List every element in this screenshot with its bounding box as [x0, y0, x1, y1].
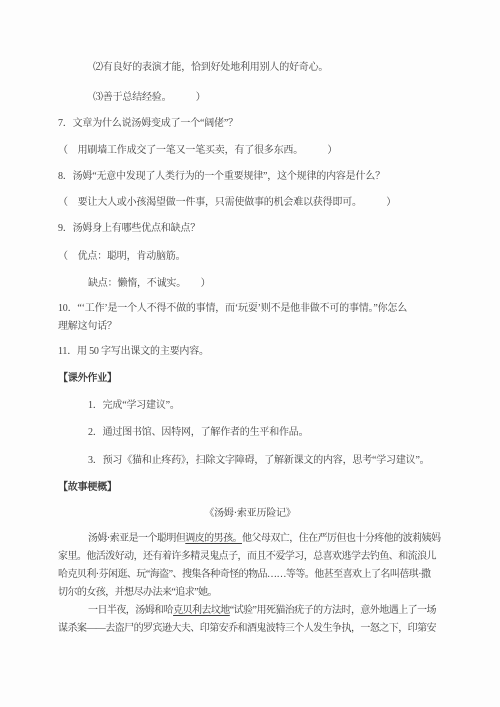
question-line: 7．文章为什么说汤姆变成了一个“阔佬”？ — [58, 117, 238, 131]
question-line: 10．“‘工作’是一个人不得不做的事情，而‘玩耍’则不是他非做不可的事情。”你怎… — [58, 302, 407, 316]
text-segment: 1．完成“学习建议”。 — [88, 400, 180, 411]
section-heading: 【课外作业】 — [58, 372, 117, 386]
question-line: 理解这句话？ — [58, 320, 117, 334]
text-segment: ⑵有良好的表演才能，恰到好处地利用别人的好奇心。 — [93, 62, 328, 73]
text-segment: 缺点：懒惰，不诚实。 ） — [88, 278, 210, 289]
text-segment: 汤姆·索亚是一个聪明但 — [88, 533, 185, 544]
question-line: 11．用 50 字写出课文的主要内容。 — [58, 345, 209, 359]
story-line: 谋杀案——去盗尸的罗宾逊大夫、印第安乔和酒鬼波特三个人发生争执，一怒之下，印第安 — [58, 622, 436, 636]
text-segment: 9．汤姆身上有哪些优点和缺点？ — [58, 223, 200, 234]
sub-answer-line: ⑶善于总结经验。 ） — [93, 91, 206, 105]
text-segment: 切尔的女孩，并想尽办法来“追求”她。 — [58, 587, 217, 598]
answer-line: 缺点：懒惰，不诚实。 ） — [88, 277, 210, 291]
text-segment: 【课外作业】 — [58, 373, 117, 384]
question-line: 9．汤姆身上有哪些优点和缺点？ — [58, 222, 200, 236]
homework-item: 2．通过图书馆、因特网，了解作者的生平和作品。 — [88, 426, 308, 440]
document-page: ⑵有良好的表演才能，恰到好处地利用别人的好奇心。⑶善于总结经验。 ）7．文章为什… — [0, 0, 500, 707]
question-line: 8．汤姆“无意中发现了人类行为的一个重要规律”，这个规律的内容是什么？ — [58, 170, 385, 184]
story-line: 一日半夜，汤姆和哈克贝利去坟地“试验”用死猫治疣子的方法时，意外地遇上了一场 — [88, 604, 436, 618]
text-segment: 理解这句话？ — [58, 321, 117, 332]
story-line: 切尔的女孩，并想尽办法来“追求”她。 — [58, 586, 217, 600]
section-heading: 【故事梗概】 — [58, 481, 117, 495]
homework-item: 3．预习《猫和止疼药》，扫除文字障碍，了解新课文的内容，思考“学习建议”。 — [88, 454, 429, 468]
text-segment: 他父母双亡，住在严厉但也十分疼他的波莉姨妈 — [242, 533, 440, 544]
text-segment: 11．用 50 字写出课文的主要内容。 — [58, 346, 209, 357]
text-segment: 家里。他活泼好动，还有着许多精灵鬼点子，而且不爱学习，总喜欢逃学去钓鱼、和流浪儿 — [58, 551, 436, 562]
text-segment: 哈克贝利·芬闲逛、玩“海盗”、搜集各种奇怪的物品……等等。他甚至喜欢上了名叫蓓琪… — [58, 569, 430, 580]
text-segment: 3．预习《猫和止疼药》，扫除文字障碍，了解新课文的内容，思考“学习建议”。 — [88, 455, 429, 466]
underlined-text: 调皮的男孩。 — [185, 533, 242, 544]
text-segment: 谋杀案——去盗尸的罗宾逊大夫、印第安乔和酒鬼波特三个人发生争执，一怒之下，印第安 — [58, 623, 436, 634]
text-segment: “试验”用死猫治疣子的方法时，意外地遇上了一场 — [230, 605, 436, 616]
text-segment: 7．文章为什么说汤姆变成了一个“阔佬”？ — [58, 118, 238, 129]
answer-line: （ 要让大人或小孩渴望做一件事，只需使做事的机会难以获得即可。 ） — [58, 196, 396, 210]
text-segment: 2．通过图书馆、因特网，了解作者的生平和作品。 — [88, 427, 308, 438]
text-segment: （ 要让大人或小孩渴望做一件事，只需使做事的机会难以获得即可。 ） — [58, 197, 396, 208]
text-segment: 【故事梗概】 — [58, 482, 117, 493]
text-segment: 10．“‘工作’是一个人不得不做的事情，而‘玩耍’则不是他非做不可的事情。”你怎… — [58, 303, 407, 314]
text-segment: 8．汤姆“无意中发现了人类行为的一个重要规律”，这个规律的内容是什么？ — [58, 171, 385, 182]
text-segment: （ 优点：聪明，肯动脑筋。 — [58, 251, 185, 262]
story-line: 哈克贝利·芬闲逛、玩“海盗”、搜集各种奇怪的物品……等等。他甚至喜欢上了名叫蓓琪… — [58, 568, 430, 582]
text-segment: 一日半夜，汤姆和哈 — [88, 605, 173, 616]
story-line: 家里。他活泼好动，还有着许多精灵鬼点子，而且不爱学习，总喜欢逃学去钓鱼、和流浪儿 — [58, 550, 436, 564]
answer-line: （ 用刷墙工作成交了一笔又一笔买卖，有了很多东西。 ） — [58, 144, 337, 158]
sub-answer-line: ⑵有良好的表演才能，恰到好处地利用别人的好奇心。 — [93, 61, 328, 75]
answer-line: （ 优点：聪明，肯动脑筋。 — [58, 250, 185, 264]
homework-item: 1．完成“学习建议”。 — [88, 399, 180, 413]
story-line: 汤姆·索亚是一个聪明但调皮的男孩。他父母双亡，住在严厉但也十分疼他的波莉姨妈 — [88, 532, 440, 546]
story-title: 《汤姆·索亚历险记》 — [0, 507, 500, 521]
text-segment: ⑶善于总结经验。 ） — [93, 92, 206, 103]
text-segment: （ 用刷墙工作成交了一笔又一笔买卖，有了很多东西。 ） — [58, 145, 337, 156]
text-segment: 《汤姆·索亚历险记》 — [204, 508, 295, 519]
underlined-text: 克贝利去坟地 — [173, 605, 230, 616]
